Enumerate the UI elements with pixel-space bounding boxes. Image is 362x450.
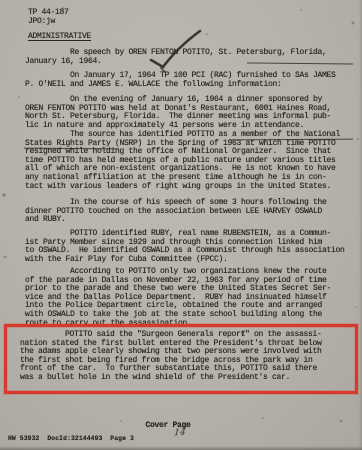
paragraph-dinner-meeting: On the evening of January 16, 1964 a din… — [25, 96, 331, 130]
red-highlight-box: POTITO said the "Surgeon Generals report… — [4, 324, 358, 394]
cover-page-label: Cover Page — [118, 422, 218, 431]
paragraph-nsrp-membership: The source has identified POTITO as a me… — [25, 131, 340, 191]
archive-stamp: HW 53932 DocId:32144493 Page 3 — [8, 435, 134, 442]
paragraph-source-furnished: On January 17, 1964 TP 100 PCI (RAC) fur… — [25, 72, 336, 89]
scan-edge-shadow-bottom — [0, 446, 362, 450]
paragraph-ruby-rubenstein: POTITO identified RUBY, real name RUBENS… — [25, 230, 345, 264]
paragraph-parade-route: According to POTITO only two organizatio… — [25, 268, 331, 328]
underline-states-rights-annotation — [24, 147, 119, 149]
typist-initials: JPO:jw — [28, 18, 55, 27]
paragraph-speech-association: In the course of his speech of some 3 ho… — [25, 199, 327, 225]
scanned-document-page: TP 44-187 JPO:jw ADMINISTRATIVE Re speec… — [0, 0, 362, 450]
paragraph-surgeon-general-report: POTITO said the "Surgeon Generals report… — [20, 331, 351, 383]
handwritten-page-number: 14 — [173, 428, 186, 439]
scan-noise-specks — [0, 0, 2, 2]
section-heading: ADMINISTRATIVE — [28, 33, 91, 42]
checkmark-icon — [145, 28, 207, 74]
